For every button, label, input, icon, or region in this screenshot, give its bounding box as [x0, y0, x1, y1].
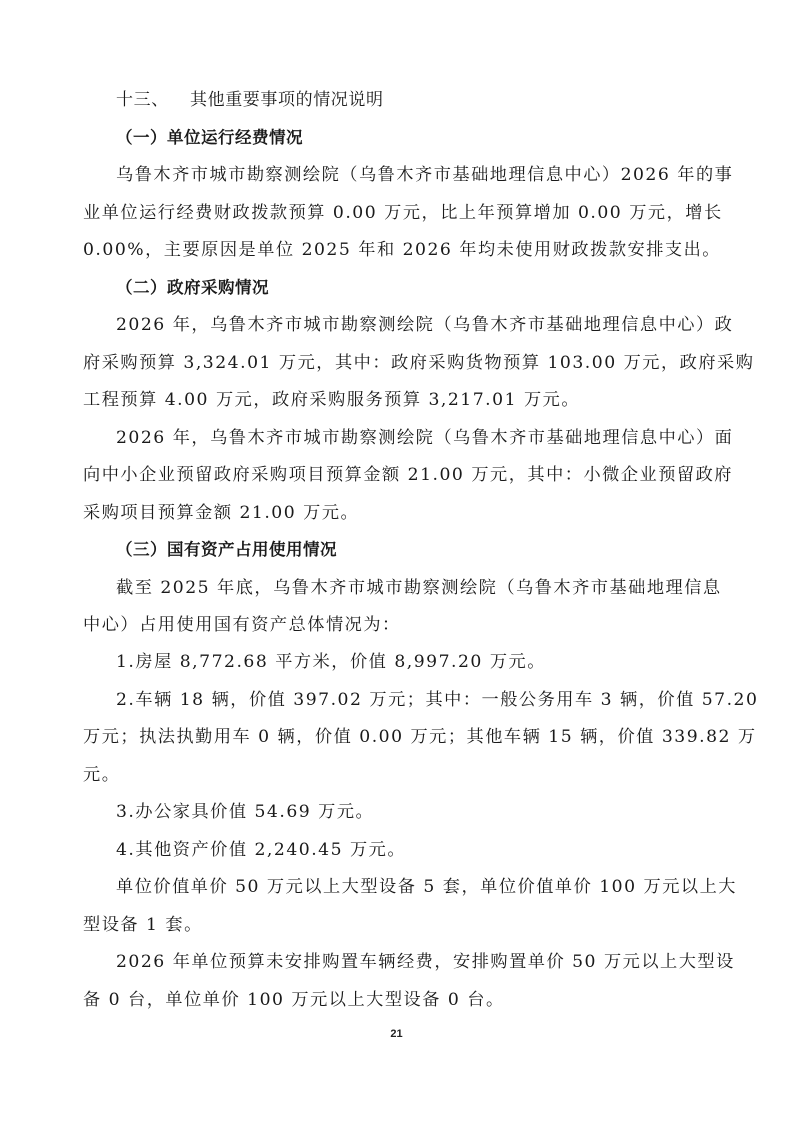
paragraph-line: 备 0 台，单位单价 100 万元以上大型设备 0 台。	[83, 989, 713, 1011]
paragraph-line: 2026 年，乌鲁木齐市城市勘察测绘院（乌鲁木齐市基础地理信息中心）面	[116, 427, 746, 449]
paragraph-line: 府采购预算 3,324.01 万元，其中：政府采购货物预算 103.00 万元，…	[83, 352, 713, 374]
document-page: 十三、其他重要事项的情况说明 （一）单位运行经费情况 乌鲁木齐市城市勘察测绘院（…	[0, 0, 793, 1122]
section-title-text: 其他重要事项的情况说明	[190, 90, 384, 110]
paragraph-line: 采购项目预算金额 21.00 万元。	[83, 502, 713, 524]
paragraph-line: 截至 2025 年底，乌鲁木齐市城市勘察测绘院（乌鲁木齐市基础地理信息	[116, 577, 746, 599]
paragraph-line: 型设备 1 套。	[83, 914, 713, 936]
paragraph-line: 乌鲁木齐市城市勘察测绘院（乌鲁木齐市基础地理信息中心）2026 年的事	[116, 164, 746, 186]
section-title: 十三、其他重要事项的情况说明	[116, 89, 746, 111]
list-item: 3.办公家具价值 54.69 万元。	[116, 801, 746, 823]
paragraph-line: 元。	[83, 764, 713, 786]
list-item: 1.房屋 8,772.68 平方米，价值 8,997.20 万元。	[116, 651, 746, 673]
subsection-heading-1: （一）单位运行经费情况	[116, 127, 746, 149]
paragraph-line: 中心）占用使用国有资产总体情况为：	[83, 614, 713, 636]
paragraph-line: 单位价值单价 50 万元以上大型设备 5 套，单位价值单价 100 万元以上大	[116, 876, 746, 898]
paragraph-line: 工程预算 4.00 万元，政府采购服务预算 3,217.01 万元。	[83, 389, 713, 411]
subsection-heading-3: （三）国有资产占用使用情况	[116, 539, 746, 561]
section-number: 十三、	[116, 89, 190, 111]
paragraph-line: 向中小企业预留政府采购项目预算金额 21.00 万元，其中：小微企业预留政府	[83, 464, 713, 486]
paragraph-line: 万元；执法执勤用车 0 辆，价值 0.00 万元；其他车辆 15 辆，价值 33…	[83, 726, 713, 748]
page-number: 21	[0, 1028, 793, 1040]
paragraph-line: 业单位运行经费财政拨款预算 0.00 万元，比上年预算增加 0.00 万元，增长	[83, 202, 713, 224]
list-item: 4.其他资产价值 2,240.45 万元。	[116, 839, 746, 861]
list-item: 2.车辆 18 辆，价值 397.02 万元；其中：一般公务用车 3 辆，价值 …	[116, 689, 746, 711]
paragraph-line: 0.00%，主要原因是单位 2025 年和 2026 年均未使用财政拨款安排支出…	[83, 239, 713, 261]
paragraph-line: 2026 年单位预算未安排购置车辆经费，安排购置单价 50 万元以上大型设	[116, 951, 746, 973]
subsection-heading-2: （二）政府采购情况	[116, 277, 746, 299]
paragraph-line: 2026 年，乌鲁木齐市城市勘察测绘院（乌鲁木齐市基础地理信息中心）政	[116, 314, 746, 336]
